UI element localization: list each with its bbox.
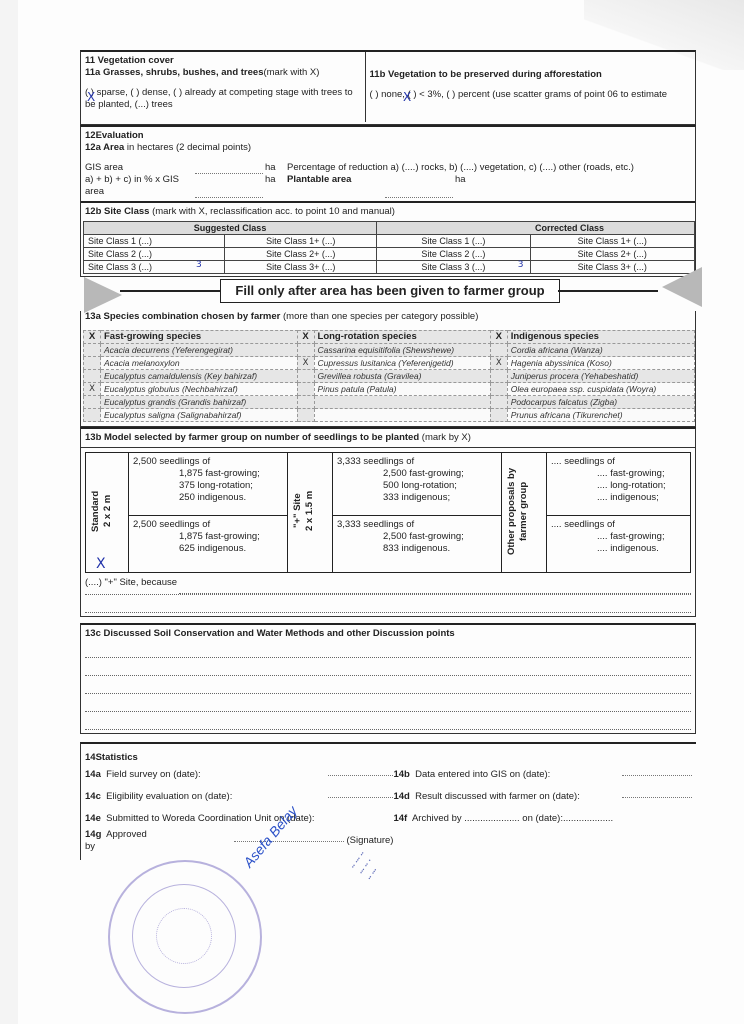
- handwritten-mark-suggested: 3: [196, 259, 202, 271]
- fast-species-checkbox[interactable]: [84, 370, 101, 383]
- standard-spacing: 2 x 2 m: [102, 495, 113, 527]
- fast-species-checkbox[interactable]: [84, 396, 101, 409]
- section-12: 12Evaluation 12a Area in hectares (2 dec…: [80, 125, 696, 277]
- seedling-total: 3,333 seedlings of: [337, 519, 497, 531]
- section-12b-label: 12b Site Class: [85, 206, 149, 217]
- indig-species-checkbox[interactable]: [490, 409, 507, 422]
- plantable-area-unit: ha: [455, 174, 466, 198]
- species-row: XEucalyptus globulus (Nechbahirzaf)Pinus…: [84, 383, 695, 396]
- 14c-label: Eligibility evaluation on (date):: [106, 791, 232, 802]
- section-11-title: 11 Vegetation cover: [85, 55, 361, 67]
- site-class-row: Site Class 2 (...) Site Class 2+ (...) S…: [84, 248, 695, 261]
- section-11: 11 Vegetation cover 11a Grasses, shrubs,…: [80, 50, 696, 125]
- seedling-total: .... seedlings of: [551, 519, 686, 531]
- seedling-breakdown: .... long-rotation;: [551, 480, 686, 492]
- species-row: Eucalyptus saligna (Salignabahirzaf)Prun…: [84, 409, 695, 422]
- seedling-breakdown: 833 indigenous.: [337, 543, 497, 555]
- banner-line-left: [120, 290, 220, 292]
- indig-x-header: X: [490, 331, 507, 344]
- 14b-code: 14b: [393, 769, 409, 780]
- seedling-breakdown: 2,500 fast-growing;: [337, 531, 497, 543]
- long-species-name: [314, 409, 490, 422]
- suggested-class-3-text: Site Class 3 (...): [88, 262, 152, 272]
- banner-left-arrow: [84, 277, 122, 313]
- seedling-breakdown: 1,875 fast-growing;: [133, 468, 283, 480]
- long-species-checkbox[interactable]: [297, 409, 314, 422]
- corrected-class-header: Corrected Class: [377, 222, 695, 235]
- 14e-code: 14e: [85, 813, 101, 824]
- indig-species-name: Cordia africana (Wanza): [507, 344, 694, 357]
- result-discussed-date[interactable]: [622, 797, 692, 798]
- standard-option-1[interactable]: 2,500 seedlings of1,875 fast-growing;375…: [129, 453, 288, 516]
- fast-species-name: Eucalyptus globulus (Nechbahirzaf): [101, 383, 298, 396]
- standard-model[interactable]: Standard2 x 2 m X: [86, 453, 129, 573]
- corrected-class-1[interactable]: Site Class 1 (...): [377, 235, 530, 248]
- section-13b-label: 13b Model selected by farmer group on nu…: [85, 432, 419, 443]
- 14f-label[interactable]: Archived by ..................... on (da…: [412, 813, 613, 824]
- section-12-title: 12Evaluation: [85, 130, 691, 142]
- gis-area-field[interactable]: [195, 162, 263, 174]
- seedling-breakdown: .... fast-growing;: [551, 531, 686, 543]
- indig-species-name: Olea europaea ssp. cuspidata (Woyra): [507, 383, 694, 396]
- section-12a-hint: in hectares (2 decimal points): [127, 142, 251, 153]
- long-species-checkbox[interactable]: [297, 344, 314, 357]
- other-option-1[interactable]: .... seedlings of.... fast-growing;.... …: [547, 453, 691, 516]
- section-13a-label: 13a Species combination chosen by farmer: [85, 311, 280, 322]
- 14c-code: 14c: [85, 791, 101, 802]
- section-11a-label: 11a Grasses, shrubs, bushes, and trees: [85, 67, 263, 78]
- corrected-class-2plus[interactable]: Site Class 2+ (...): [530, 248, 694, 261]
- indig-header: Indigenous species: [507, 331, 694, 344]
- fast-species-name: Acacia decurrens (Yeferengegirat): [101, 344, 298, 357]
- section-14-title: 14Statistics: [85, 752, 692, 764]
- fast-species-name: Acacia melanoxylon: [101, 357, 298, 370]
- species-row: Acacia melanoxylonXCupressus lusitanica …: [84, 357, 695, 370]
- species-table: X Fast-growing species X Long-rotation s…: [83, 330, 695, 422]
- 14b-label: Data entered into GIS on (date):: [415, 769, 550, 780]
- long-species-name: Pinus patula (Patula): [314, 383, 490, 396]
- banner-right-arrow: [662, 267, 702, 307]
- other-proposals: Other proposals by farmer group: [502, 453, 547, 573]
- section-13b-hint: (mark by X): [422, 432, 471, 443]
- corrected-class-1plus[interactable]: Site Class 1+ (...): [530, 235, 694, 248]
- section-11b-options[interactable]: ( ) none, ( ) < 3%, ( ) percent (use sca…: [370, 89, 691, 101]
- seedling-total: 3,333 seedlings of: [337, 456, 497, 468]
- banner: Fill only after area has been given to f…: [220, 279, 560, 303]
- handwritten-mark-11b: X: [403, 91, 411, 103]
- reduction-formula: a) + b) + c) in % x GIS area: [85, 174, 195, 198]
- plus-site-spacing: 2 x 1.5 m: [304, 491, 315, 531]
- indig-species-name: Podocarpus falcatus (Zigba): [507, 396, 694, 409]
- site-class-row: Site Class 3 (...)3 Site Class 3+ (...) …: [84, 261, 695, 274]
- discussion-line[interactable]: [85, 712, 691, 730]
- indig-species-checkbox[interactable]: [490, 383, 507, 396]
- suggested-class-3[interactable]: Site Class 3 (...)3: [84, 261, 225, 274]
- long-species-checkbox[interactable]: [297, 396, 314, 409]
- handwritten-mark-corrected: 3: [518, 259, 524, 271]
- fast-species-name: Eucalyptus saligna (Salignabahirzaf): [101, 409, 298, 422]
- plus-site-reason-line[interactable]: [85, 595, 691, 613]
- indig-species-checkbox[interactable]: [490, 396, 507, 409]
- eligibility-date[interactable]: [328, 797, 393, 798]
- banner-line-right: [558, 290, 658, 292]
- fast-x-header: X: [84, 331, 101, 344]
- seedling-breakdown: 625 indigenous.: [133, 543, 283, 555]
- gis-area-unit: ha: [265, 162, 287, 174]
- 14d-code: 14d: [393, 791, 409, 802]
- long-x-header: X: [297, 331, 314, 344]
- seedling-breakdown: 333 indigenous;: [337, 492, 497, 504]
- plus-option-1[interactable]: 3,333 seedlings of2,500 fast-growing;500…: [333, 453, 502, 516]
- site-class-table: Suggested Class Corrected Class Site Cla…: [83, 221, 695, 274]
- plus-site-model[interactable]: "+" Site2 x 1.5 m: [288, 453, 333, 573]
- section-13b: 13b Model selected by farmer group on nu…: [80, 427, 696, 617]
- species-row: Eucalyptus grandis (Grandis bahirzaf)Pod…: [84, 396, 695, 409]
- fast-species-name: Eucalyptus camaldulensis (Key bahirzaf): [101, 370, 298, 383]
- section-11a-hint: (mark with X): [263, 67, 319, 78]
- discussion-line[interactable]: [85, 658, 691, 676]
- plus-site-label: "+" Site: [292, 494, 303, 529]
- plus-site-reason-field[interactable]: [179, 577, 691, 594]
- seedling-total: 2,500 seedlings of: [133, 519, 283, 531]
- species-row: Eucalyptus camaldulensis (Key bahirzaf)G…: [84, 370, 695, 383]
- round-seal-stamp: [108, 860, 262, 1014]
- field-survey-date[interactable]: [328, 775, 393, 776]
- section-13a-hint: (more than one species per category poss…: [283, 311, 478, 322]
- suggested-class-1[interactable]: Site Class 1 (...): [84, 235, 225, 248]
- long-species-checkbox[interactable]: [297, 370, 314, 383]
- long-species-name: Grevillea robusta (Gravilea): [314, 370, 490, 383]
- plantable-area-field[interactable]: [385, 174, 453, 198]
- seedling-breakdown: .... indigenous;: [551, 492, 686, 504]
- seedling-breakdown: 1,875 fast-growing;: [133, 531, 283, 543]
- seedling-total: 2,500 seedlings of: [133, 456, 283, 468]
- section-13c: 13c Discussed Soil Conservation and Wate…: [80, 623, 696, 734]
- indig-species-name: Prunus africana (Tikurenchet): [507, 409, 694, 422]
- 14a-code: 14a: [85, 769, 101, 780]
- seedling-model-table: Standard2 x 2 m X 2,500 seedlings of1,87…: [85, 452, 691, 573]
- gis-area-label: GIS area: [85, 162, 195, 174]
- suggested-class-1plus[interactable]: Site Class 1+ (...): [225, 235, 377, 248]
- reduction-area-unit: ha: [265, 174, 287, 198]
- long-species-name: Cassarina equisitifolia (Shewshewe): [314, 344, 490, 357]
- suggested-class-2plus[interactable]: Site Class 2+ (...): [225, 248, 377, 261]
- discussion-line[interactable]: [85, 640, 691, 658]
- fast-species-checkbox[interactable]: [84, 357, 101, 370]
- seedling-breakdown: 375 long-rotation;: [133, 480, 283, 492]
- site-class-row: Site Class 1 (...) Site Class 1+ (...) S…: [84, 235, 695, 248]
- section-11b-label: 11b Vegetation to be preserved during af…: [370, 69, 691, 81]
- seedling-breakdown: .... fast-growing;: [551, 468, 686, 480]
- section-12b-hint: (mark with X, reclassification acc. to p…: [152, 206, 395, 217]
- banner-area: Fill only after area has been given to f…: [80, 277, 696, 311]
- suggested-class-header: Suggested Class: [84, 222, 377, 235]
- indig-species-name: Hagenia abyssinica (Koso): [507, 357, 694, 370]
- indig-species-name: Juniperus procera (Yehabeshatid): [507, 370, 694, 383]
- long-species-checkbox[interactable]: X: [297, 357, 314, 370]
- indig-species-checkbox[interactable]: [490, 370, 507, 383]
- other-option-2[interactable]: .... seedlings of.... fast-growing;.... …: [547, 516, 691, 573]
- seedling-breakdown: .... indigenous.: [551, 543, 686, 555]
- 14d-label: Result discussed with farmer on (date):: [415, 791, 580, 802]
- approved-by-field[interactable]: [234, 841, 345, 842]
- standard-label: Standard: [90, 490, 101, 531]
- indig-species-checkbox[interactable]: X: [490, 357, 507, 370]
- other-proposals-label: Other proposals by farmer group: [506, 456, 534, 566]
- section-13a: 13a Species combination chosen by farmer…: [80, 311, 696, 427]
- corrected-class-2[interactable]: Site Class 2 (...): [377, 248, 530, 261]
- plantable-area-label: Plantable area: [287, 174, 385, 198]
- fast-header: Fast-growing species: [101, 331, 298, 344]
- reduction-area-field[interactable]: [195, 174, 263, 198]
- plus-option-2[interactable]: 3,333 seedlings of2,500 fast-growing;833…: [333, 516, 502, 573]
- seedling-breakdown: 500 long-rotation;: [337, 480, 497, 492]
- standard-option-2[interactable]: 2,500 seedlings of1,875 fast-growing;625…: [129, 516, 288, 573]
- corrected-class-3[interactable]: Site Class 3 (...)3: [377, 261, 530, 274]
- gis-entry-date[interactable]: [622, 775, 692, 776]
- fast-species-checkbox[interactable]: X: [84, 383, 101, 396]
- section-11a-options[interactable]: ( ) sparse, ( ) dense, ( ) already at co…: [85, 87, 361, 111]
- discussion-line[interactable]: [85, 676, 691, 694]
- indig-species-checkbox[interactable]: [490, 344, 507, 357]
- long-species-name: Cupressus lusitanica (Yeferenjgetid): [314, 357, 490, 370]
- long-species-name: [314, 396, 490, 409]
- plus-site-because: (....) "+" Site, because: [85, 577, 177, 594]
- fast-species-checkbox[interactable]: [84, 344, 101, 357]
- species-row: Acacia decurrens (Yeferengegirat)Cassari…: [84, 344, 695, 357]
- fast-species-name: Eucalyptus grandis (Grandis bahirzaf): [101, 396, 298, 409]
- seedling-total: .... seedlings of: [551, 456, 686, 468]
- long-header: Long-rotation species: [314, 331, 490, 344]
- long-species-checkbox[interactable]: [297, 383, 314, 396]
- seedling-breakdown: 2,500 fast-growing;: [337, 468, 497, 480]
- section-13c-label: 13c Discussed Soil Conservation and Wate…: [85, 628, 691, 640]
- form: 11 Vegetation cover 11a Grasses, shrubs,…: [80, 50, 696, 860]
- suggested-class-3plus[interactable]: Site Class 3+ (...): [225, 261, 377, 274]
- 14a-label: Field survey on (date):: [106, 769, 201, 780]
- seedling-breakdown: 250 indigenous.: [133, 492, 283, 504]
- handwritten-mark-standard: X: [96, 558, 106, 570]
- reduction-label: Percentage of reduction a) (....) rocks,…: [287, 162, 634, 174]
- fast-species-checkbox[interactable]: [84, 409, 101, 422]
- corrected-class-3-text: Site Class 3 (...): [421, 262, 485, 272]
- discussion-line[interactable]: [85, 694, 691, 712]
- suggested-class-2[interactable]: Site Class 2 (...): [84, 248, 225, 261]
- 14g-code: 14g: [85, 829, 101, 840]
- handwritten-mark-11a: X: [87, 91, 95, 103]
- section-12a-label: 12a Area: [85, 142, 124, 153]
